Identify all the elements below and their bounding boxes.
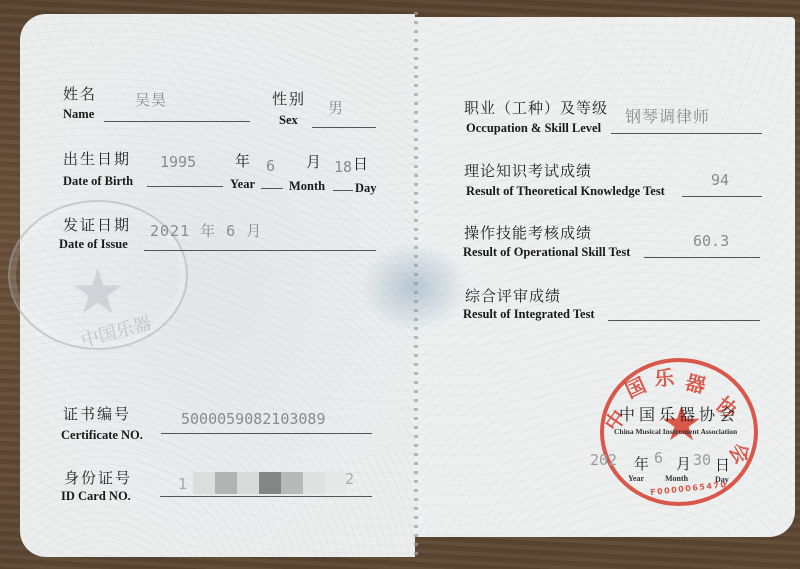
birth-day-en: Day — [355, 181, 377, 196]
issue-label-en: Date of Issue — [59, 237, 128, 252]
id-card-redaction — [325, 472, 347, 494]
id-card-redaction — [303, 472, 325, 494]
sex-value: 男 — [328, 97, 344, 118]
operational-underline — [644, 257, 760, 258]
id-card-redaction — [281, 472, 303, 494]
occupation-label-en: Occupation & Skill Level — [466, 121, 601, 136]
stamp-arc-char: 乐 — [653, 361, 675, 392]
birth-month-underline — [261, 188, 283, 189]
operational-label-zh: 操作技能考核成绩 — [464, 222, 592, 243]
id-card-redaction — [215, 472, 237, 494]
integrated-label-zh: 综合评审成绩 — [465, 285, 561, 306]
issue-month-zh: 月 — [676, 453, 691, 474]
theory-label-zh: 理论知识考试成绩 — [464, 160, 592, 181]
id-card-redaction — [259, 472, 281, 494]
issue-day-zh: 日 — [715, 454, 730, 475]
issue-day-en: Day — [715, 475, 729, 484]
issue-day-value: 30 — [693, 451, 711, 469]
id-card-redaction — [193, 472, 215, 494]
id-card-value-start: 1 — [178, 475, 187, 493]
issue-year-partial: 202 — [590, 451, 617, 469]
id-card-label-zh: 身份证号 — [64, 467, 132, 488]
name-label-en: Name — [63, 107, 94, 122]
spine-shadow — [360, 242, 470, 332]
sex-underline — [312, 127, 376, 128]
integrated-label-en: Result of Integrated Test — [463, 307, 595, 322]
birth-day-zh: 日 — [353, 153, 370, 174]
id-card-redaction — [237, 472, 259, 494]
theory-value: 94 — [711, 171, 729, 189]
certificate-underline — [161, 433, 372, 434]
issue-year-zh: 年 — [634, 453, 649, 474]
issue-month-en: Month — [665, 474, 688, 483]
occupation-label-zh: 职业（工种）及等级 — [464, 97, 608, 118]
birth-month-zh: 月 — [306, 151, 323, 172]
birth-year-underline — [147, 186, 223, 187]
operational-label-en: Result of Operational Skill Test — [463, 245, 630, 260]
id-card-underline — [160, 496, 372, 497]
birth-month-en: Month — [289, 179, 325, 194]
id-card-label-en: ID Card NO. — [61, 489, 131, 504]
name-value: 吴昊 — [135, 89, 167, 110]
certificate-value: 5000059082103089 — [181, 410, 326, 428]
birth-year-zh: 年 — [235, 150, 252, 171]
id-card-value-end: 2 — [345, 470, 354, 488]
occupation-value: 钢琴调律师 — [625, 104, 710, 127]
operational-value: 60.3 — [693, 232, 729, 250]
certificate-label-en: Certificate NO. — [61, 428, 143, 443]
birth-year-value: 1995 — [160, 153, 196, 171]
certificate-label-zh: 证书编号 — [63, 403, 131, 424]
occupation-underline — [611, 133, 762, 134]
sex-label-zh: 性别 — [272, 88, 306, 109]
issue-month-value: 6 — [654, 449, 663, 467]
issue-value: 2021 年 6 月 — [150, 220, 262, 241]
stamp-org-name-zh: 中国乐器协会 — [619, 402, 739, 425]
stamp-org-name-en: China Musical Instrument Association — [614, 427, 737, 436]
sex-label-en: Sex — [279, 113, 298, 128]
birth-day-value: 18 — [334, 158, 352, 176]
theory-underline — [682, 196, 762, 197]
birth-month-value: 6 — [266, 157, 275, 175]
issue-underline — [144, 250, 376, 251]
theory-label-en: Result of Theoretical Knowledge Test — [466, 184, 665, 199]
name-underline — [104, 121, 250, 122]
name-label-zh: 姓名 — [63, 83, 97, 104]
birth-label-zh: 出生日期 — [63, 148, 131, 169]
birth-label-en: Date of Birth — [63, 174, 133, 189]
birth-day-underline — [333, 190, 353, 191]
issue-year-en: Year — [628, 474, 644, 483]
issue-label-zh: 发证日期 — [63, 214, 131, 235]
integrated-underline — [608, 320, 760, 321]
birth-year-en: Year — [230, 177, 255, 192]
